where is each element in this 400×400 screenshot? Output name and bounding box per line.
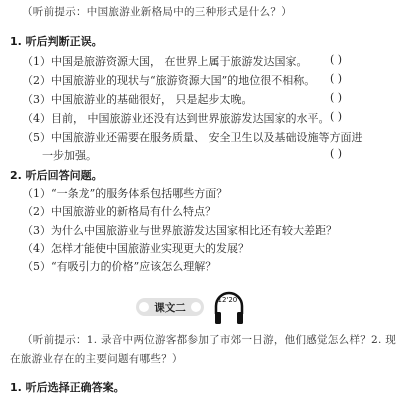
lesson-2-exercise-1-heading: 1. 听后选择正确答案。 [10, 379, 125, 395]
question-4: （4）怎样才能使中国旅游业实现更大的发展？ [22, 240, 249, 256]
headphones-icon[interactable]: 12'20" [212, 288, 246, 326]
answer-blank-3[interactable]: ( ) [330, 91, 342, 104]
answer-blank-5[interactable]: ( ) [330, 147, 342, 160]
answer-blank-2[interactable]: ( ) [330, 72, 342, 85]
question-1: （1）“一条龙”的服务体系包括哪些方面？ [22, 185, 227, 201]
answer-blank-1[interactable]: ( ) [330, 53, 342, 66]
true-false-item-1: （1）中国是旅游资源大国， 在世界上属于旅游发达国家。 [22, 53, 308, 69]
pill-dot-right [191, 302, 201, 312]
question-2: （2）中国旅游业的新格局有什么特点？ [22, 203, 216, 219]
audio-duration: 12'20" [212, 296, 246, 304]
true-false-item-5: （5）中国旅游业还需要在服务质量、 安全卫生以及基础设施等方面进 [22, 129, 363, 145]
answer-blank-4[interactable]: ( ) [330, 110, 342, 123]
exercise-1-heading: 1. 听后判断正误。 [10, 33, 103, 49]
true-false-item-2: （2）中国旅游业的现状与“旅游资源大国”的地位很不相称。 [22, 72, 315, 88]
lesson-2-title-badge: 课文二 [136, 298, 204, 316]
true-false-item-3: （3）中国旅游业的基础很好， 只是起步太晚。 [22, 91, 253, 107]
headphones-glyph [212, 288, 246, 326]
pre-listening-hint-1: （听前提示：中国旅游业新格局中的三种形式是什么？） [22, 4, 292, 19]
pre-listening-hint-2-line2: 在旅游业存在的主要问题有哪些？） [10, 351, 183, 366]
question-5: （5）“有吸引力的价格”应该怎么理解？ [22, 258, 216, 274]
true-false-item-5-cont: 一步加强。 [42, 147, 97, 163]
true-false-item-4: （4）目前， 中国旅游业还没有达到世界旅游发达国家的水平。 [22, 110, 330, 126]
question-3: （3）为什么中国旅游业与世界旅游发达国家相比还有较大差距？ [22, 222, 337, 238]
pre-listening-hint-2-line1: （听前提示：1. 录音中两位游客都参加了市郊一日游，他们感觉怎么样？2. 现 [22, 332, 396, 347]
exercise-2-heading: 2. 听后回答问题。 [10, 167, 103, 183]
